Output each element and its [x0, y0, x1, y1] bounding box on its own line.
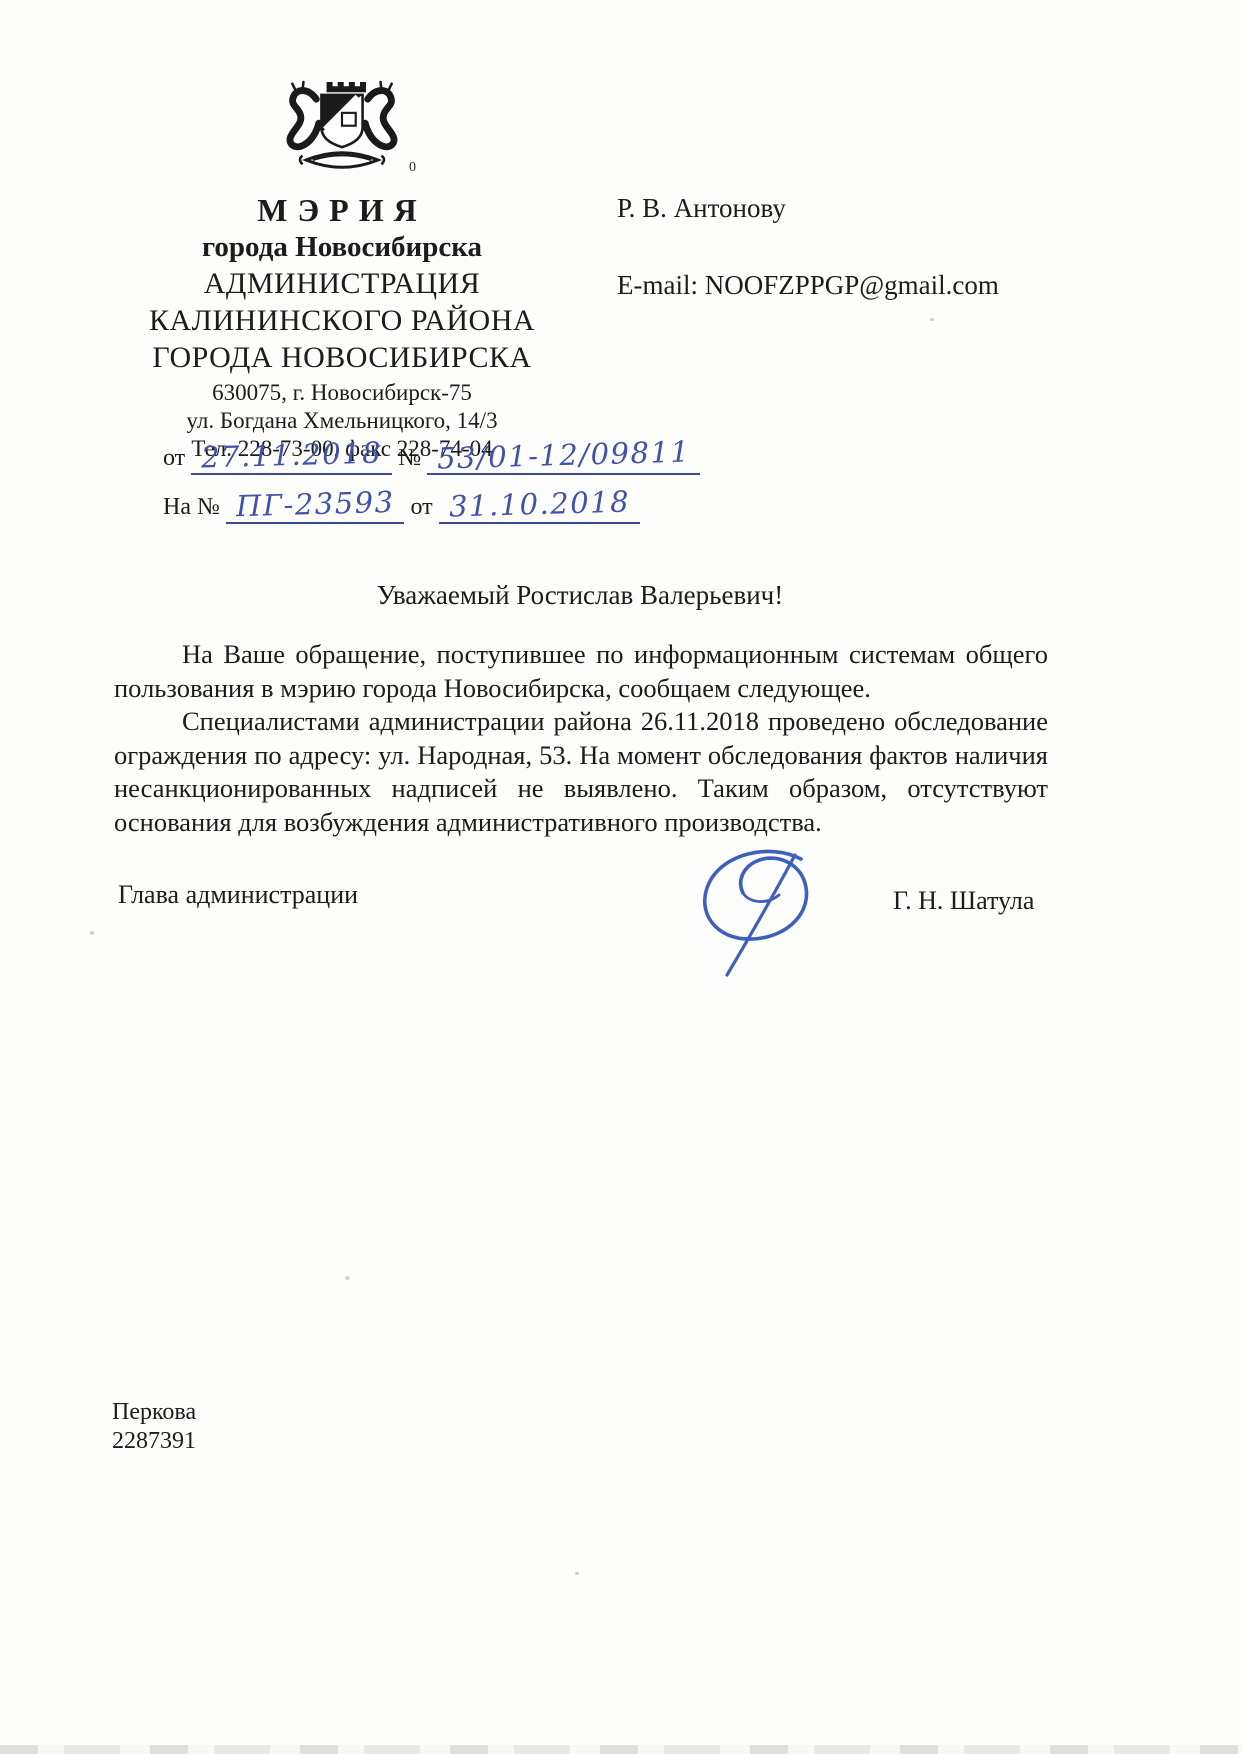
address-street: ул. Богдана Хмельницкого, 14/3: [118, 407, 566, 435]
handwritten-signature: [683, 845, 858, 990]
outgoing-number-blank: 53/01-12/09811: [427, 440, 700, 475]
executor-block: Перкова 2287391: [112, 1398, 196, 1456]
scan-speck: [90, 931, 94, 935]
scan-speck: [575, 1572, 579, 1575]
novosibirsk-coat-of-arms-icon: [282, 78, 402, 182]
reference-block: от 27.11.2018 № 53/01-12/09811 На № ПГ-2…: [163, 440, 633, 538]
executor-name: Перкова: [112, 1398, 196, 1427]
scan-speck: [345, 1276, 350, 1280]
recipient-block: Р. В. Антонову E-mail: NOOFZPPGP@gmail.c…: [617, 192, 1067, 301]
incoming-date-handwritten: 31.10.2018: [438, 486, 640, 522]
letter-body: На Ваше обращение, поступившее по информ…: [114, 638, 1048, 839]
letterhead: 0 МЭРИЯ города Новосибирска АДМИНИСТРАЦИ…: [118, 78, 566, 463]
incoming-number-blank: ПГ-23593: [226, 489, 405, 524]
org-city-caps: ГОРОДА НОВОСИБИРСКА: [118, 339, 566, 376]
org-administration: АДМИНИСТРАЦИЯ: [118, 265, 566, 302]
body-paragraph-1: На Ваше обращение, поступившее по информ…: [114, 638, 1048, 705]
recipient-email: E-mail: NOOFZPPGP@gmail.com: [617, 269, 1067, 301]
scanned-letter-page: 0 МЭРИЯ города Новосибирска АДМИНИСТРАЦИ…: [0, 0, 1242, 1754]
number-label: №: [398, 445, 421, 471]
reply-from-label: от: [410, 494, 432, 520]
body-paragraph-2: Специалистами администрации района 26.11…: [114, 705, 1048, 839]
recipient-name: Р. В. Антонову: [617, 192, 1067, 224]
incoming-date-blank: 31.10.2018: [439, 489, 640, 524]
outgoing-date-handwritten: 27.11.2018: [191, 437, 393, 473]
outgoing-number-handwritten: 53/01-12/09811: [427, 436, 701, 474]
outgoing-reference-line: от 27.11.2018 № 53/01-12/09811: [163, 440, 633, 475]
org-name-city: города Новосибирска: [118, 229, 566, 265]
incoming-number-handwritten: ПГ-23593: [226, 487, 405, 522]
reply-label: На №: [163, 494, 220, 520]
address-postal: 630075, г. Новосибирск-75: [118, 379, 566, 407]
from-label: от: [163, 445, 185, 471]
scan-speck: [930, 318, 934, 321]
salutation: Уважаемый Ростислав Валерьевич!: [110, 580, 1050, 611]
outgoing-date-blank: 27.11.2018: [191, 440, 392, 475]
executor-phone: 2287391: [112, 1427, 196, 1456]
signer-name: Г. Н. Шатула: [893, 886, 1034, 916]
incoming-reference-line: На № ПГ-23593 от 31.10.2018: [163, 489, 633, 524]
scan-edge-artifact: [0, 1745, 1242, 1754]
org-name-meriya: МЭРИЯ: [118, 191, 566, 229]
org-district: КАЛИНИНСКОГО РАЙОНА: [118, 302, 566, 339]
emblem-wrap: 0: [282, 78, 402, 182]
signer-title: Глава администрации: [118, 880, 358, 910]
emblem-zero-mark: 0: [409, 160, 416, 176]
